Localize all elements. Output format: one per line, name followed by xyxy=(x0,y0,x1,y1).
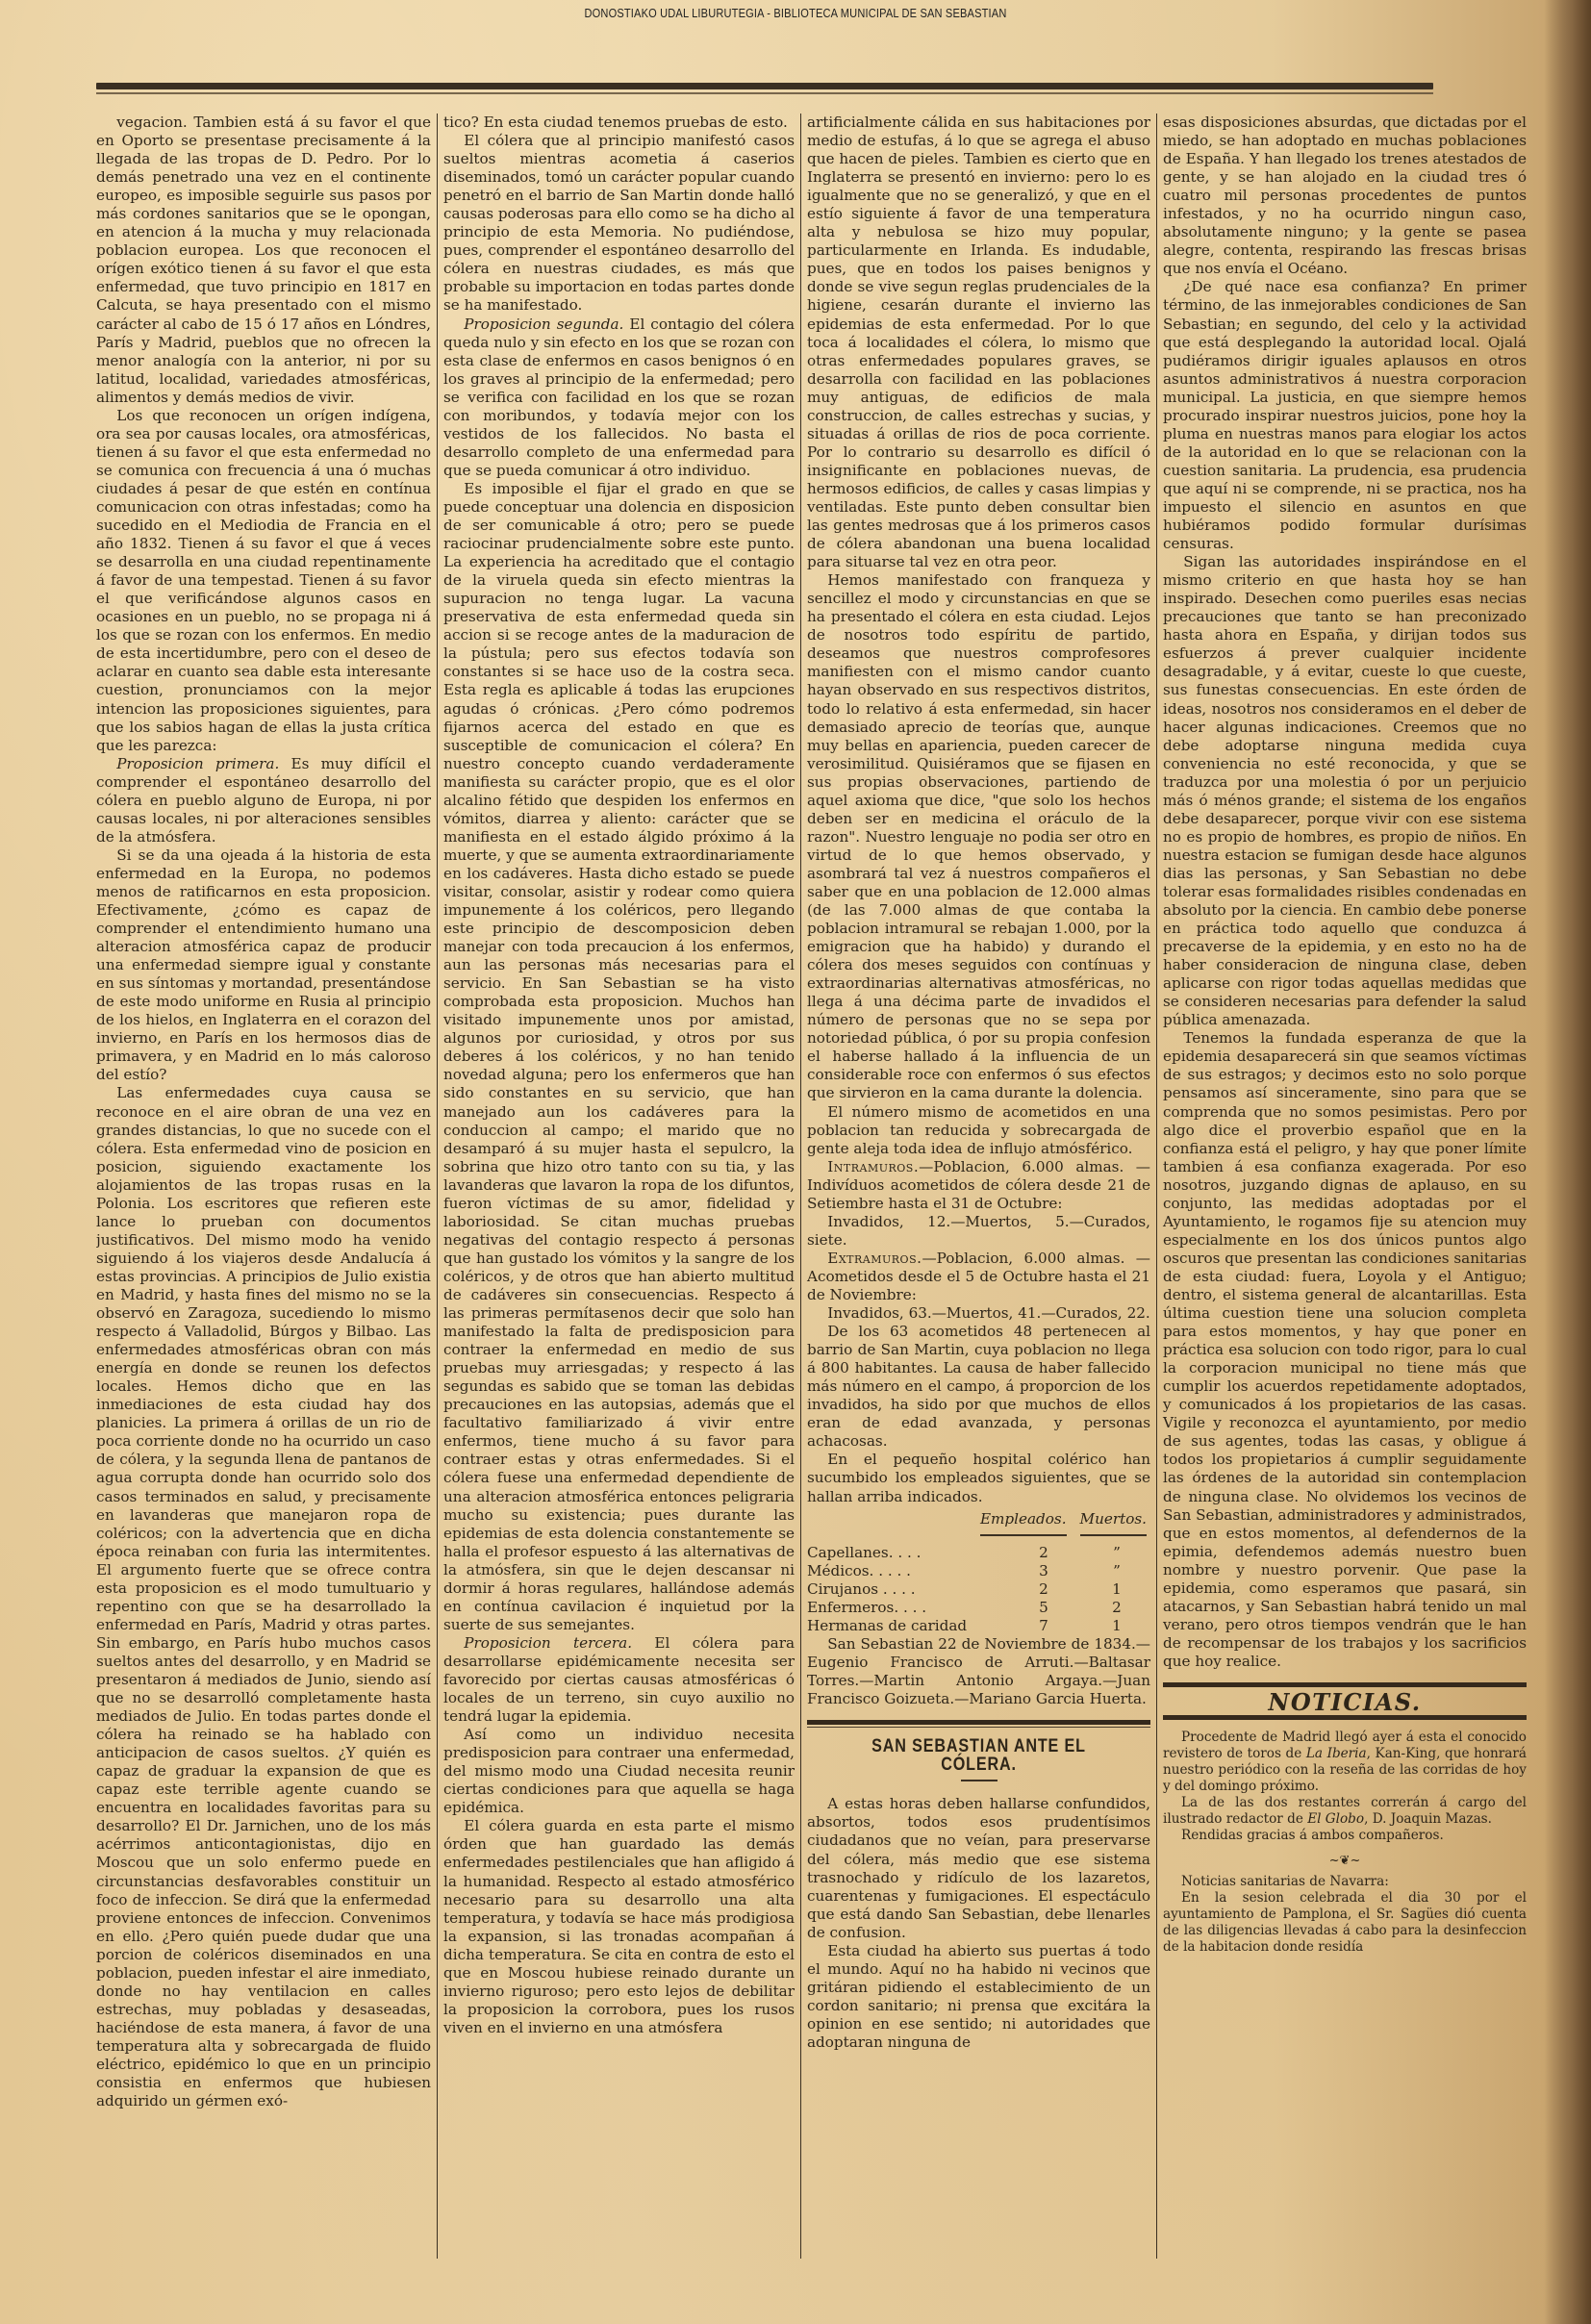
noticias-title: NOTICIAS. xyxy=(1163,1693,1527,1711)
paragraph: Intramuros.—Poblacion, 6.000 almas. —Ind… xyxy=(807,1158,1150,1213)
header-muertos: Muertos. xyxy=(1080,1510,1147,1536)
top-rule-thin xyxy=(96,92,1433,94)
paragraph: Proposicion segunda. El contagio del cól… xyxy=(443,316,795,480)
paragraph-text: Si se da una ojeada á la historia de est… xyxy=(96,846,431,1084)
paragraph-text: Esta ciudad ha abierto sus puertas á tod… xyxy=(807,1942,1150,2051)
paragraph-text: Invadidos, 12.—Muertos, 5.—Curados, siet… xyxy=(807,1213,1150,1249)
paragraph: El cólera que al principio manifestó cas… xyxy=(443,132,795,315)
paragraph-text: El número mismo de acometidos en una pob… xyxy=(807,1103,1150,1157)
paragraph-lead: Proposicion tercera. xyxy=(464,1634,632,1652)
table-row: Cirujanos . . . .21 xyxy=(807,1580,1150,1599)
paragraph: Extramuros.—Poblacion, 6.000 almas. —Aco… xyxy=(807,1250,1150,1304)
paragraph-text: De los 63 acometidos 48 pertenecen al ba… xyxy=(807,1323,1150,1450)
section-rule xyxy=(807,1720,1150,1725)
cell-label: Enfermeros. . . . xyxy=(807,1599,1004,1617)
paragraph-text: Los que reconocen un orígen indígena, or… xyxy=(96,407,431,754)
header-empleados: Empleados. xyxy=(980,1510,1067,1536)
paragraph-text: Tenemos la fundada esperanza de que la e… xyxy=(1163,1029,1527,1670)
cell-muertos: 2 xyxy=(1083,1599,1150,1617)
cell-label: Capellanes. . . . xyxy=(807,1544,1004,1562)
paragraph-smallcaps: Extramuros. xyxy=(827,1250,922,1267)
section-title: SAN SEBASTIAN ANTE EL CÓLERA. xyxy=(833,1737,1124,1774)
paragraph: El número mismo de acometidos en una pob… xyxy=(807,1103,1150,1158)
hospital-staff-table: Capellanes. . . .2”Médicos. . . . .3”Cir… xyxy=(807,1544,1150,1635)
paragraph-text: vegacion. Tambien está á su favor el que… xyxy=(96,114,431,406)
ornament-divider: ~❦~ xyxy=(1163,1852,1527,1870)
column-4: esas disposiciones absurdas, que dictada… xyxy=(1157,114,1544,2259)
paragraph-text: En el pequeño hospital colérico han sucu… xyxy=(807,1451,1150,1504)
paragraph-text: Sigan las autoridades inspirándose en el… xyxy=(1163,553,1527,1028)
paragraph: Invadidos, 63.—Muertos, 41.—Curados, 22. xyxy=(807,1304,1150,1323)
paragraph: artificialmente cálida en sus habitacion… xyxy=(807,114,1150,571)
paragraph: Las enfermedades cuya causa se reconoce … xyxy=(96,1084,431,2110)
noticia-ital: El Globo xyxy=(1307,1811,1364,1827)
paragraph-text: El cólera que al principio manifestó cas… xyxy=(443,132,795,314)
noticia-pre: Rendidas gracias á ambos compañeros. xyxy=(1181,1828,1444,1843)
paragraph-text: esas disposiciones absurdas, que dictada… xyxy=(1163,114,1527,277)
noticia-paragraph: La de las dos restantes correrán á cargo… xyxy=(1163,1795,1527,1828)
paragraph: Esta ciudad ha abierto sus puertas á tod… xyxy=(807,1942,1150,2052)
paragraph: Sigan las autoridades inspirándose en el… xyxy=(1163,553,1527,1029)
table-header: Empleados. Muertos. xyxy=(807,1510,1150,1536)
cell-empleados: 7 xyxy=(1004,1617,1083,1635)
cell-muertos: 1 xyxy=(1083,1580,1150,1599)
paragraph-text: Hemos manifestado con franqueza y sencil… xyxy=(807,571,1150,1101)
signature: San Sebastian 22 de Noviembre de 1834.—E… xyxy=(807,1635,1150,1708)
column-3: artificialmente cálida en sus habitacion… xyxy=(801,114,1157,2259)
page-edge-shadow xyxy=(1545,0,1591,2324)
paragraph: Hemos manifestado con franqueza y sencil… xyxy=(807,571,1150,1102)
table-row: Médicos. . . . .3” xyxy=(807,1562,1150,1580)
noticia-paragraph: Rendidas gracias á ambos compañeros. xyxy=(1163,1828,1527,1844)
archive-header: DONOSTIAKO UDAL LIBURUTEGIA - BIBLIOTECA… xyxy=(119,6,1472,20)
cell-label: Médicos. . . . . xyxy=(807,1562,1004,1580)
cell-muertos: ” xyxy=(1083,1544,1150,1562)
paragraph-text: Es imposible el fijar el grado en que se… xyxy=(443,480,795,1633)
paragraph: esas disposiciones absurdas, que dictada… xyxy=(1163,114,1527,278)
paragraph: Los que reconocen un orígen indígena, or… xyxy=(96,407,431,755)
paragraph: Es imposible el fijar el grado en que se… xyxy=(443,480,795,1634)
column-2: tico? En esta ciudad tenemos pruebas de … xyxy=(438,114,801,2259)
paragraph-text: El cólera guarda en esta parte el mismo … xyxy=(443,1817,795,2036)
paragraph-text: Así como un individuo necesita predispos… xyxy=(443,1726,795,1816)
cell-empleados: 5 xyxy=(1004,1599,1083,1617)
paragraph-smallcaps: Intramuros. xyxy=(827,1158,919,1175)
noticia-ital: La Iberia xyxy=(1306,1746,1367,1761)
table-row: Enfermeros. . . .52 xyxy=(807,1599,1150,1617)
paragraph-text: A estas horas deben hallarse confundidos… xyxy=(807,1795,1150,1940)
section-rule xyxy=(1163,1682,1527,1687)
paragraph-text: El contagio del cólera queda nulo y sin … xyxy=(443,316,795,479)
paragraph: El cólera guarda en esta parte el mismo … xyxy=(443,1817,795,2037)
paragraph-text: tico? En esta ciudad tenemos pruebas de … xyxy=(443,114,788,131)
paragraph: Si se da una ojeada á la historia de est… xyxy=(96,846,431,1085)
paragraph-text: Invadidos, 63.—Muertos, 41.—Curados, 22. xyxy=(827,1304,1149,1322)
newspaper-columns: vegacion. Tambien está á su favor el que… xyxy=(96,114,1544,2259)
paragraph: Proposicion tercera. El cólera para desa… xyxy=(443,1634,795,1726)
cell-empleados: 3 xyxy=(1004,1562,1083,1580)
cell-muertos: ” xyxy=(1083,1562,1150,1580)
paragraph: Tenemos la fundada esperanza de que la e… xyxy=(1163,1029,1527,1671)
paragraph: Proposicion primera. Es muy difícil el c… xyxy=(96,755,431,846)
paragraph-text: ¿De qué nace esa confianza? En primer té… xyxy=(1163,278,1527,552)
section-rule-thin xyxy=(807,1727,1150,1729)
cell-empleados: 2 xyxy=(1004,1544,1083,1562)
paragraph-text: artificialmente cálida en sus habitacion… xyxy=(807,114,1150,570)
paragraph: En el pequeño hospital colérico han sucu… xyxy=(807,1451,1150,1505)
paragraph: De los 63 acometidos 48 pertenecen al ba… xyxy=(807,1323,1150,1451)
top-rule xyxy=(96,83,1433,89)
noticia-paragraph: Procedente de Madrid llegó ayer á esta e… xyxy=(1163,1730,1527,1795)
noticia-post: , D. Joaquin Mazas. xyxy=(1364,1811,1492,1827)
paragraph-text: Las enfermedades cuya causa se reconoce … xyxy=(96,1084,431,2109)
table-row: Capellanes. . . .2” xyxy=(807,1544,1150,1562)
cell-empleados: 2 xyxy=(1004,1580,1083,1599)
paragraph: ¿De qué nace esa confianza? En primer té… xyxy=(1163,278,1527,553)
cell-label: Cirujanos . . . . xyxy=(807,1580,1004,1599)
paragraph-lead: Proposicion primera. xyxy=(116,755,279,772)
sanitary-heading: Noticias sanitarias de Navarra: xyxy=(1163,1874,1527,1890)
paragraph: Invadidos, 12.—Muertos, 5.—Curados, siet… xyxy=(807,1213,1150,1250)
column-1: vegacion. Tambien está á su favor el que… xyxy=(96,114,438,2259)
title-underline xyxy=(961,1780,998,1781)
paragraph: tico? En esta ciudad tenemos pruebas de … xyxy=(443,114,795,132)
table-row: Hermanas de caridad71 xyxy=(807,1617,1150,1635)
paragraph: Así como un individuo necesita predispos… xyxy=(443,1726,795,1817)
paragraph: A estas horas deben hallarse confundidos… xyxy=(807,1795,1150,1941)
paragraph: vegacion. Tambien está á su favor el que… xyxy=(96,114,431,407)
sanitary-text: En la sesion celebrada el dia 30 por el … xyxy=(1163,1890,1527,1956)
paragraph-lead: Proposicion segunda. xyxy=(464,316,623,333)
cell-label: Hermanas de caridad xyxy=(807,1617,1004,1635)
cell-muertos: 1 xyxy=(1083,1617,1150,1635)
